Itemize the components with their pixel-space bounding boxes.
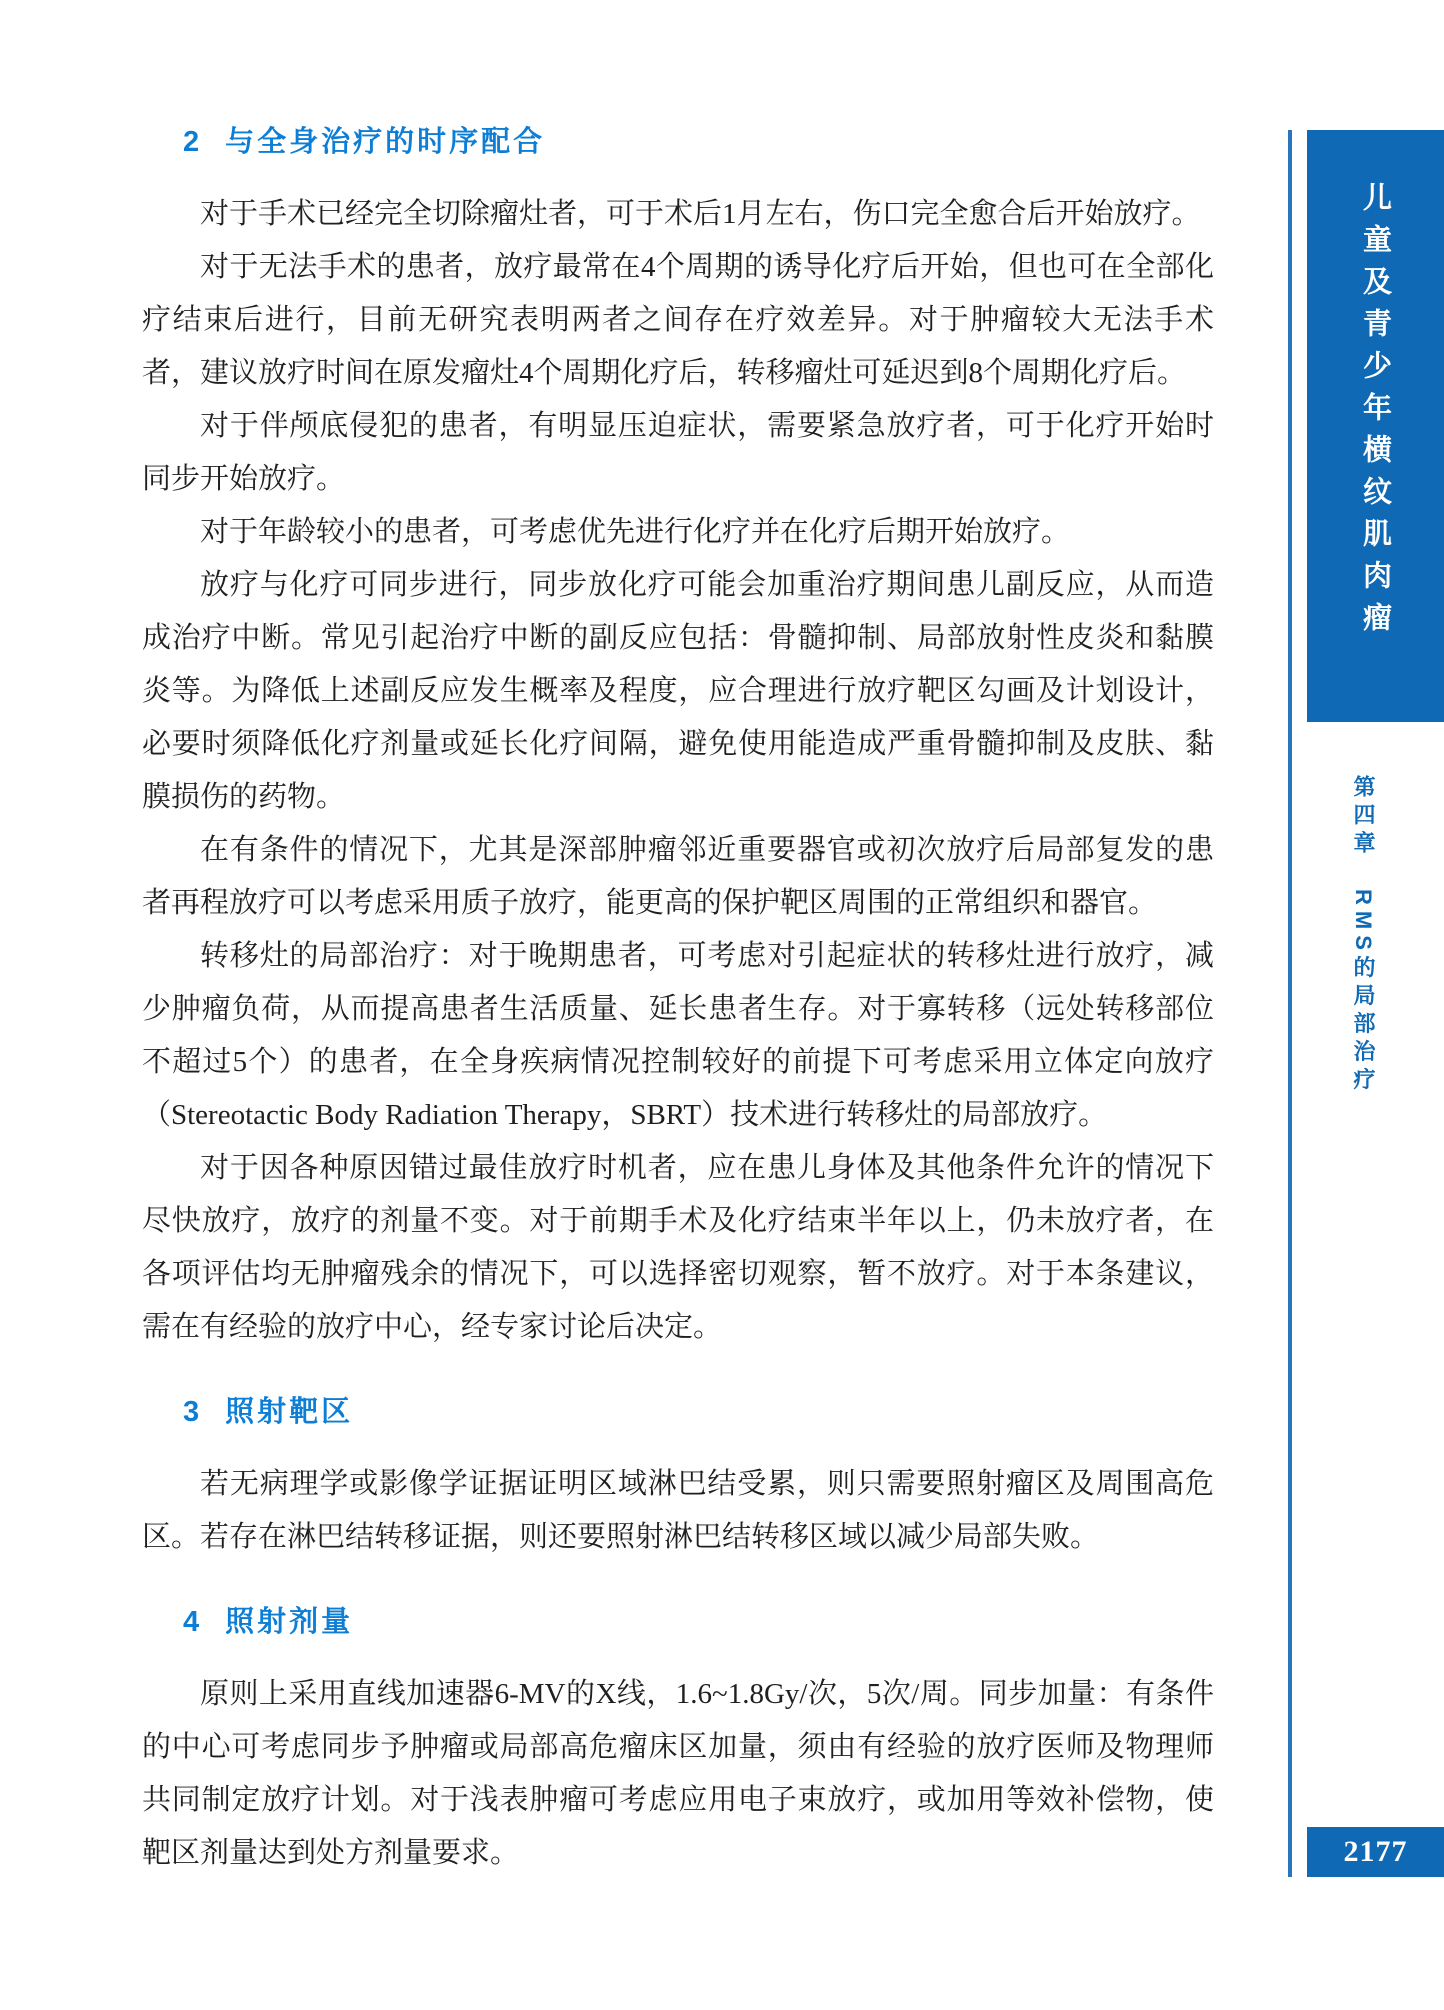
sidebar-vertical-rule (1288, 130, 1292, 1877)
section-title: 照射靶区 (225, 1396, 353, 1428)
section-heading-timing: 2与全身治疗的时序配合 (183, 122, 1214, 162)
main-text-column: 2与全身治疗的时序配合 对于手术已经完全切除瘤灶者，可于术后1月左右，伤口完全愈… (142, 122, 1214, 1880)
paragraph: 对于无法手术的患者，放疗最常在4个周期的诱导化疗后开始，但也可在全部化疗结束后进… (142, 241, 1214, 400)
section-heading-target-area: 3照射靶区 (183, 1392, 1214, 1432)
section-title: 与全身治疗的时序配合 (225, 126, 545, 158)
paragraph: 在有条件的情况下，尤其是深部肿瘤邻近重要器官或初次放疗后局部复发的患者再程放疗可… (142, 824, 1214, 930)
section-number: 3 (183, 1396, 199, 1428)
paragraph: 对于手术已经完全切除瘤灶者，可于术后1月左右，伤口完全愈合后开始放疗。 (142, 188, 1214, 241)
document-page: 2与全身治疗的时序配合 对于手术已经完全切除瘤灶者，可于术后1月左右，伤口完全愈… (0, 0, 1444, 2010)
page-number-badge: 2177 (1307, 1827, 1444, 1877)
chapter-number: 第四章 (1351, 775, 1376, 859)
book-title-banner: 儿童及青少年横纹肌肉瘤 (1307, 130, 1444, 722)
paragraph: 放疗与化疗可同步进行，同步放化疗可能会加重治疗期间患儿副反应，从而造成治疗中断。… (142, 559, 1214, 824)
paragraph: 若无病理学或影像学证据证明区域淋巴结受累，则只需要照射瘤区及周围高危区。若存在淋… (142, 1458, 1214, 1564)
book-title: 儿童及青少年横纹肌肉瘤 (1355, 182, 1396, 722)
section-title: 照射剂量 (225, 1606, 353, 1638)
section-number: 4 (183, 1606, 199, 1638)
paragraph: 对于因各种原因错过最佳放疗时机者，应在患儿身体及其他条件允许的情况下尽快放疗，放… (142, 1142, 1214, 1354)
paragraph: 原则上采用直线加速器6-MV的X线，1.6~1.8Gy/次，5次/周。同步加量：… (142, 1668, 1214, 1880)
page-number: 2177 (1344, 1835, 1408, 1869)
paragraph: 对于年龄较小的患者，可考虑优先进行化疗并在化疗后期开始放疗。 (142, 506, 1214, 559)
paragraph: 对于伴颅底侵犯的患者，有明显压迫症状，需要紧急放疗者，可于化疗开始时同步开始放疗… (142, 400, 1214, 506)
chapter-label-column: 第四章RMS的局部治疗 (1348, 775, 1379, 1096)
section-number: 2 (183, 126, 199, 158)
section-heading-dose: 4照射剂量 (183, 1602, 1214, 1642)
chapter-title: RMS的局部治疗 (1351, 889, 1376, 1096)
chapter-label-block: 第四章RMS的局部治疗 (1341, 775, 1386, 1096)
paragraph: 转移灶的局部治疗：对于晚期患者，可考虑对引起症状的转移灶进行放疗，减少肿瘤负荷，… (142, 930, 1214, 1142)
